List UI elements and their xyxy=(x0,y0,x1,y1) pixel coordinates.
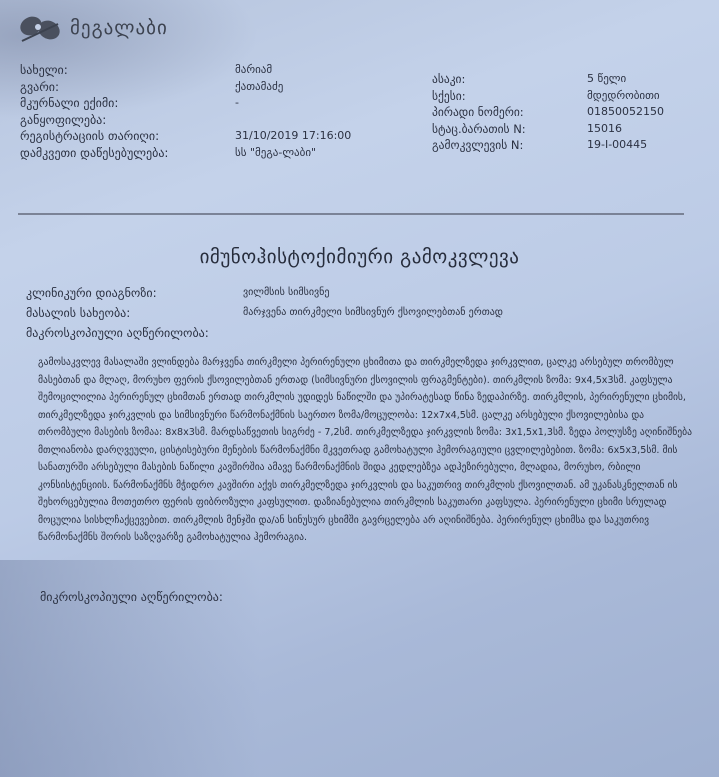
info-row-institution: დამკვეთი დაწესებულება: სს "მეგა-ლაბი" xyxy=(20,145,351,162)
age-label: ასაკი: xyxy=(432,71,587,88)
field-clinical-diagnosis: კლინიკური დიაგნოზი: ვილმსის სიმსივნე xyxy=(26,283,503,303)
info-row-first-name: სახელი: მარიამ xyxy=(20,62,351,79)
age-value: 5 წელი xyxy=(587,71,626,88)
department-label: განყოფილება: xyxy=(20,112,225,129)
institution-label: დამკვეთი დაწესებულება: xyxy=(20,145,225,162)
sex-label: სქესი: xyxy=(432,88,587,105)
material-type-label: მასალის სახეობა: xyxy=(26,303,243,323)
clinical-diagnosis-label: კლინიკური დიაგნოზი: xyxy=(26,283,243,303)
registration-date-value: 31/10/2019 17:16:00 xyxy=(225,128,351,145)
exam-number-value: 19-I-00445 xyxy=(587,137,647,154)
info-row-department: განყოფილება: xyxy=(20,112,351,129)
info-row-exam-number: გამოკვლევის N: 19-I-00445 xyxy=(432,137,664,154)
report-title: იმუნოჰისტოქიმიური გამოკვლევა xyxy=(0,246,719,268)
info-row-last-name: გვარი: ქათამაძე xyxy=(20,79,351,96)
doctor-label: მკურნალი ექიმი: xyxy=(20,95,225,112)
personal-id-label: პირადი ნომერი: xyxy=(432,104,587,121)
field-macroscopic: მაკროსკოპიული აღწერილობა: xyxy=(26,323,503,343)
info-row-age: ასაკი: 5 წელი xyxy=(432,71,664,88)
report-fields: კლინიკური დიაგნოზი: ვილმსის სიმსივნე მას… xyxy=(26,283,503,343)
first-name-value: მარიამ xyxy=(225,62,272,79)
card-number-value: 15016 xyxy=(587,121,622,138)
clinical-diagnosis-value: ვილმსის სიმსივნე xyxy=(243,283,329,303)
microscopic-label: მიკროსკოპიული აღწერილობა: xyxy=(40,590,223,604)
lab-logo: მეგალაბი xyxy=(18,12,168,44)
registration-date-label: რეგისტრაციის თარიღი: xyxy=(20,128,225,145)
department-value xyxy=(225,112,235,129)
patient-info-right: ასაკი: 5 წელი სქესი: მდედრობითი პირადი ნ… xyxy=(432,71,664,154)
field-material-type: მასალის სახეობა: მარჯვენა თირკმელი სიმსი… xyxy=(26,303,503,323)
header-divider xyxy=(18,213,684,215)
macroscopic-label: მაკროსკოპიული აღწერილობა: xyxy=(26,323,243,343)
info-row-doctor: მკურნალი ექიმი: - xyxy=(20,95,351,112)
last-name-label: გვარი: xyxy=(20,79,225,96)
exam-number-label: გამოკვლევის N: xyxy=(432,137,587,154)
lab-logo-icon xyxy=(18,12,64,44)
info-row-card-number: სტაც.ბარათის N: 15016 xyxy=(432,121,664,138)
info-row-sex: სქესი: მდედრობითი xyxy=(432,88,664,105)
last-name-value: ქათამაძე xyxy=(225,79,283,96)
sex-value: მდედრობითი xyxy=(587,88,660,105)
macroscopic-description: გამოსაკვლევ მასალაში ვლინდება მარჯვენა თ… xyxy=(38,354,694,547)
lab-name: მეგალაბი xyxy=(70,17,168,39)
institution-value: სს "მეგა-ლაბი" xyxy=(225,145,316,162)
info-row-personal-id: პირადი ნომერი: 01850052150 xyxy=(432,104,664,121)
material-type-value: მარჯვენა თირკმელი სიმსივნურ ქსოვილებთან … xyxy=(243,303,503,323)
card-number-label: სტაც.ბარათის N: xyxy=(432,121,587,138)
first-name-label: სახელი: xyxy=(20,62,225,79)
info-row-registration-date: რეგისტრაციის თარიღი: 31/10/2019 17:16:00 xyxy=(20,128,351,145)
personal-id-value: 01850052150 xyxy=(587,104,664,121)
doctor-value: - xyxy=(225,95,239,112)
patient-info-left: სახელი: მარიამ გვარი: ქათამაძე მკურნალი … xyxy=(20,62,351,161)
